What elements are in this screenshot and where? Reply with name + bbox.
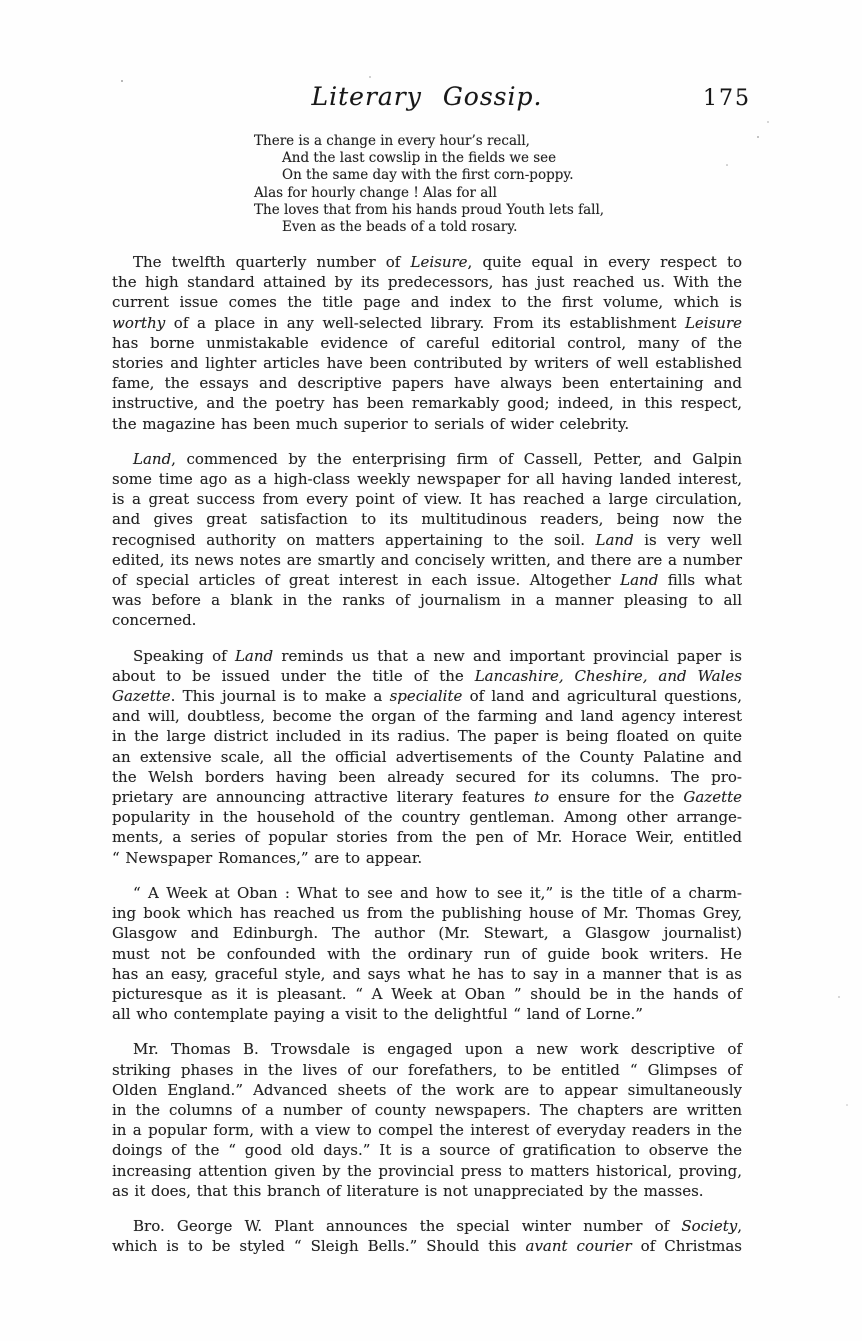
text-line: prietary are announcing attractive liter…	[112, 787, 742, 807]
text-line: some time ago as a high-class weekly new…	[112, 469, 742, 489]
text-line: picturesque as it is pleasant. “ A Week …	[112, 984, 742, 1004]
text-line: all who contemplate paying a visit to th…	[112, 1004, 742, 1024]
text-line: stories and lighter articles have been c…	[112, 353, 742, 373]
text-line: recognised authority on matters appertai…	[112, 530, 742, 550]
scan-speck	[846, 1104, 848, 1106]
scan-speck	[121, 80, 123, 82]
text-line: which is to be styled “ Sleigh Bells.” S…	[112, 1236, 742, 1256]
text-line: current issue comes the title page and i…	[112, 292, 742, 312]
poem-block: There is a change in every hour’s recall…	[254, 133, 604, 236]
text-line: in the columns of a number of county new…	[112, 1100, 742, 1120]
paragraph: Speaking of Land reminds us that a new a…	[112, 646, 742, 868]
poem-line: And the last cowslip in the fields we se…	[254, 150, 604, 167]
paragraph: “ A Week at Oban : What to see and how t…	[112, 883, 742, 1024]
text-line: concerned.	[112, 610, 742, 630]
text-line: as it does, that this branch of literatu…	[112, 1181, 742, 1201]
text-line: Land, commenced by the enterprising firm…	[112, 449, 742, 469]
text-line: worthy of a place in any well-selected l…	[112, 313, 742, 333]
text-line: the magazine has been much superior to s…	[112, 414, 742, 434]
text-line: increasing attention given by the provin…	[112, 1161, 742, 1181]
paragraph: The twelfth quarterly number of Leisure,…	[112, 252, 742, 434]
text-line: and gives great satisfaction to its mult…	[112, 509, 742, 529]
text-line: Bro. George W. Plant announces the speci…	[112, 1216, 742, 1236]
text-line: has an easy, graceful style, and says wh…	[112, 964, 742, 984]
text-line: and will, doubtless, become the organ of…	[112, 706, 742, 726]
poem-line: The loves that from his hands proud Yout…	[254, 202, 604, 219]
page-number: 175	[703, 88, 751, 110]
scan-speck	[767, 121, 769, 123]
scan-speck	[369, 76, 371, 78]
text-line: an extensive scale, all the official adv…	[112, 747, 742, 767]
text-line: of special articles of great interest in…	[112, 570, 742, 590]
text-line: Glasgow and Edinburgh. The author (Mr. S…	[112, 923, 742, 943]
text-line: the Welsh borders having been already se…	[112, 767, 742, 787]
text-line: popularity in the household of the count…	[112, 807, 742, 827]
text-line: Speaking of Land reminds us that a new a…	[112, 646, 742, 666]
scan-speck	[757, 136, 759, 138]
text-line: in a popular form, with a view to compel…	[112, 1120, 742, 1140]
scanned-page: Literary Gossip. 175 There is a change i…	[0, 0, 862, 1341]
paragraph: Bro. George W. Plant announces the speci…	[112, 1216, 742, 1256]
text-line: must not be confounded with the ordinary…	[112, 944, 742, 964]
text-line: about to be issued under the title of th…	[112, 666, 742, 686]
text-line: The twelfth quarterly number of Leisure,…	[112, 252, 742, 272]
text-line: Mr. Thomas B. Trowsdale is engaged upon …	[112, 1039, 742, 1059]
poem-line: There is a change in every hour’s recall…	[254, 133, 604, 150]
text-line: in the large district included in its ra…	[112, 726, 742, 746]
scan-speck	[726, 164, 728, 166]
scan-speck	[838, 996, 840, 998]
paragraph: Land, commenced by the enterprising firm…	[112, 449, 742, 631]
text-line: was before a blank in the ranks of journ…	[112, 590, 742, 610]
text-line: striking phases in the lives of our fore…	[112, 1060, 742, 1080]
poem-line: Alas for hourly change ! Alas for all	[254, 185, 604, 202]
text-line: fame, the essays and descriptive papers …	[112, 373, 742, 393]
text-line: is a great success from every point of v…	[112, 489, 742, 509]
text-line: “ Newspaper Romances,” are to appear.	[112, 848, 742, 868]
text-line: edited, its news notes are smartly and c…	[112, 550, 742, 570]
text-line: Olden England.” Advanced sheets of the w…	[112, 1080, 742, 1100]
text-line: Gazette. This journal is to make a speci…	[112, 686, 742, 706]
article-body: The twelfth quarterly number of Leisure,…	[112, 252, 742, 1271]
text-line: ments, a series of popular stories from …	[112, 827, 742, 847]
text-line: “ A Week at Oban : What to see and how t…	[112, 883, 742, 903]
text-line: the high standard attained by its predec…	[112, 272, 742, 292]
poem-line: On the same day with the first corn-popp…	[254, 167, 604, 184]
page-header-title: Literary Gossip.	[112, 84, 742, 110]
paragraph: Mr. Thomas B. Trowsdale is engaged upon …	[112, 1039, 742, 1201]
text-line: doings of the “ good old days.” It is a …	[112, 1140, 742, 1160]
text-line: has borne unmistakable evidence of caref…	[112, 333, 742, 353]
text-line: instructive, and the poetry has been rem…	[112, 393, 742, 413]
poem-line: Even as the beads of a told rosary.	[254, 219, 604, 236]
text-line: ing book which has reached us from the p…	[112, 903, 742, 923]
